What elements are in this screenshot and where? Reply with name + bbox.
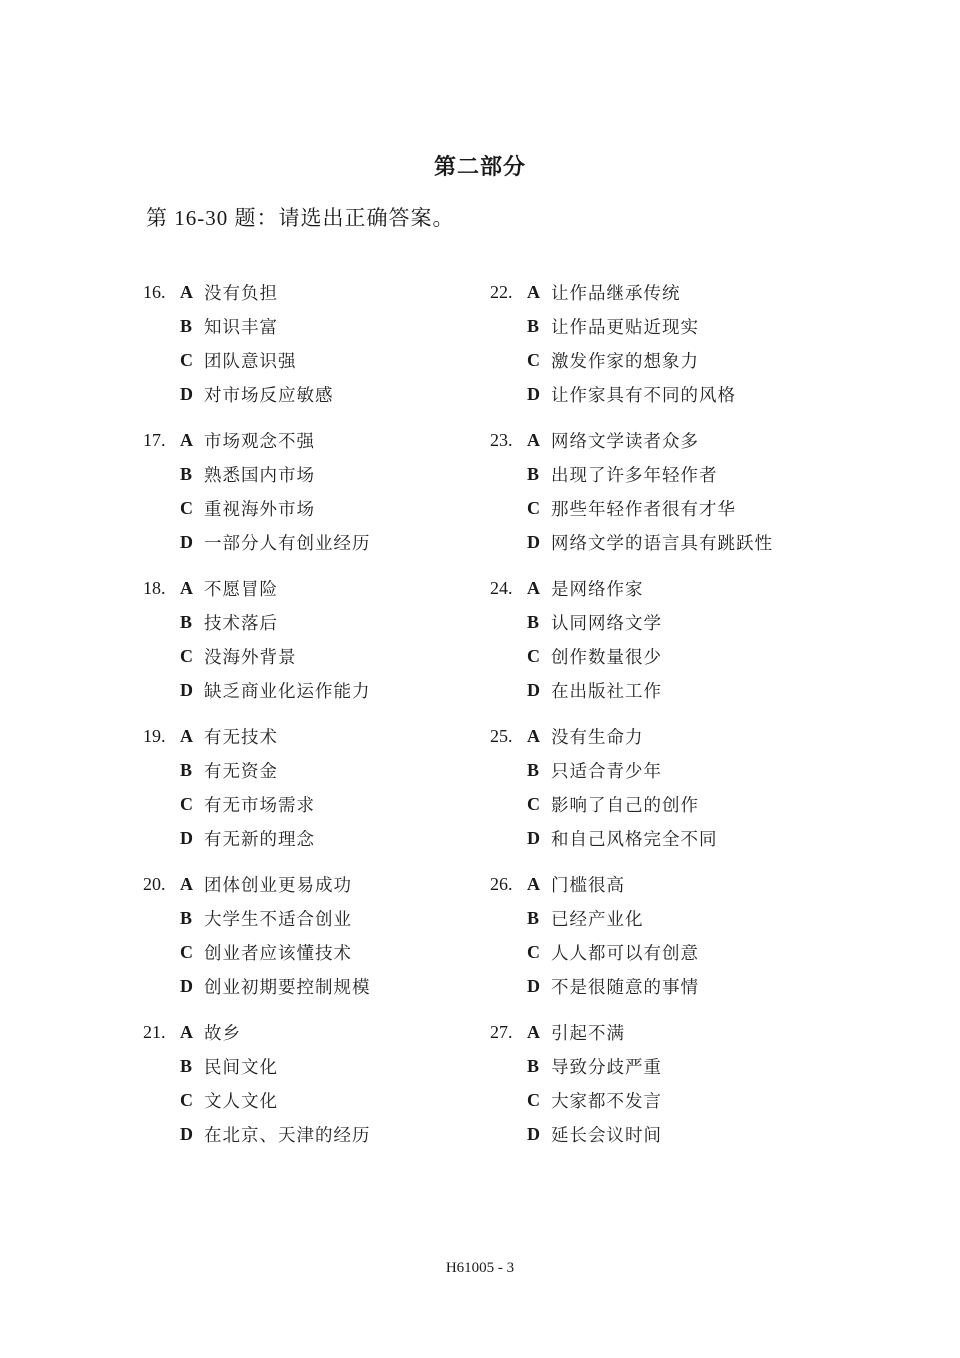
option-text: 有无市场需求: [204, 792, 315, 817]
option-letter: B: [527, 612, 551, 633]
option-text: 只适合青少年: [551, 758, 662, 783]
option-text: 不愿冒险: [204, 576, 278, 601]
question-block: 22.A让作品继承传统B让作品更贴近现实C激发作家的想象力D让作家具有不同的风格: [490, 275, 773, 423]
answer-option[interactable]: D对市场反应敏感: [143, 377, 371, 411]
answer-option[interactable]: D一部分人有创业经历: [143, 525, 371, 559]
answer-option[interactable]: 21.A故乡: [143, 1015, 371, 1049]
instruction-text: 第 16-30 题：请选出正确答案。: [146, 202, 455, 232]
answer-option[interactable]: D网络文学的语言具有跳跃性: [490, 525, 773, 559]
answer-option[interactable]: B导致分歧严重: [490, 1049, 773, 1083]
option-text: 大学生不适合创业: [204, 906, 352, 931]
option-letter: B: [527, 464, 551, 485]
option-text: 和自己风格完全不同: [551, 826, 718, 851]
page-footer: H61005 - 3: [0, 1260, 960, 1277]
question-number: 16.: [143, 282, 180, 303]
answer-option[interactable]: 16.A没有负担: [143, 275, 371, 309]
option-letter: A: [180, 726, 204, 747]
answer-option[interactable]: 20.A团体创业更易成功: [143, 867, 371, 901]
answer-option[interactable]: B认同网络文学: [490, 605, 773, 639]
answer-option[interactable]: C团队意识强: [143, 343, 371, 377]
option-letter: B: [527, 316, 551, 337]
option-letter: D: [527, 1124, 551, 1145]
answer-option[interactable]: C创业者应该懂技术: [143, 935, 371, 969]
question-number: 20.: [143, 874, 180, 895]
option-letter: A: [527, 1022, 551, 1043]
question-number: 22.: [490, 282, 527, 303]
option-text: 是网络作家: [551, 576, 644, 601]
option-letter: A: [180, 430, 204, 451]
option-letter: C: [527, 942, 551, 963]
option-text: 有无技术: [204, 724, 278, 749]
option-text: 创业初期要控制规模: [204, 974, 371, 999]
option-letter: B: [527, 908, 551, 929]
answer-option[interactable]: B技术落后: [143, 605, 371, 639]
option-text: 市场观念不强: [204, 428, 315, 453]
option-letter: D: [180, 976, 204, 997]
answer-option[interactable]: B知识丰富: [143, 309, 371, 343]
answer-option[interactable]: D在出版社工作: [490, 673, 773, 707]
answer-option[interactable]: D在北京、天津的经历: [143, 1117, 371, 1151]
answer-option[interactable]: C文人文化: [143, 1083, 371, 1117]
option-text: 激发作家的想象力: [551, 348, 699, 373]
option-letter: B: [527, 1056, 551, 1077]
answer-option[interactable]: 22.A让作品继承传统: [490, 275, 773, 309]
answer-option[interactable]: D和自己风格完全不同: [490, 821, 773, 855]
option-text: 网络文学读者众多: [551, 428, 699, 453]
option-letter: C: [527, 1090, 551, 1111]
question-number: 25.: [490, 726, 527, 747]
left-question-column: 16.A没有负担B知识丰富C团队意识强D对市场反应敏感17.A市场观念不强B熟悉…: [143, 275, 371, 1163]
option-text: 让作品继承传统: [551, 280, 681, 305]
option-text: 让作品更贴近现实: [551, 314, 699, 339]
question-number: 17.: [143, 430, 180, 451]
option-text: 在北京、天津的经历: [204, 1122, 371, 1147]
option-letter: C: [527, 350, 551, 371]
question-number: 23.: [490, 430, 527, 451]
option-text: 在出版社工作: [551, 678, 662, 703]
option-letter: A: [527, 430, 551, 451]
question-block: 23.A网络文学读者众多B出现了许多年轻作者C那些年轻作者很有才华D网络文学的语…: [490, 423, 773, 571]
option-text: 缺乏商业化运作能力: [204, 678, 371, 703]
answer-option[interactable]: D创业初期要控制规模: [143, 969, 371, 1003]
option-text: 技术落后: [204, 610, 278, 635]
option-letter: B: [180, 760, 204, 781]
question-block: 16.A没有负担B知识丰富C团队意识强D对市场反应敏感: [143, 275, 371, 423]
answer-option[interactable]: D不是很随意的事情: [490, 969, 773, 1003]
option-text: 团体创业更易成功: [204, 872, 352, 897]
answer-option[interactable]: 24.A是网络作家: [490, 571, 773, 605]
answer-option[interactable]: B熟悉国内市场: [143, 457, 371, 491]
answer-option[interactable]: 18.A不愿冒险: [143, 571, 371, 605]
answer-option[interactable]: 23.A网络文学读者众多: [490, 423, 773, 457]
question-number: 21.: [143, 1022, 180, 1043]
option-text: 出现了许多年轻作者: [551, 462, 718, 487]
question-number: 27.: [490, 1022, 527, 1043]
option-letter: D: [527, 976, 551, 997]
option-letter: A: [180, 1022, 204, 1043]
answer-option[interactable]: D让作家具有不同的风格: [490, 377, 773, 411]
option-letter: C: [180, 498, 204, 519]
question-block: 17.A市场观念不强B熟悉国内市场C重视海外市场D一部分人有创业经历: [143, 423, 371, 571]
answer-option[interactable]: B大学生不适合创业: [143, 901, 371, 935]
option-letter: D: [527, 828, 551, 849]
option-letter: C: [180, 1090, 204, 1111]
option-text: 不是很随意的事情: [551, 974, 699, 999]
option-letter: D: [527, 532, 551, 553]
option-letter: A: [527, 726, 551, 747]
answer-option[interactable]: C大家都不发言: [490, 1083, 773, 1117]
option-text: 门槛很高: [551, 872, 625, 897]
question-number: 24.: [490, 578, 527, 599]
option-letter: B: [180, 1056, 204, 1077]
answer-option[interactable]: C激发作家的想象力: [490, 343, 773, 377]
option-letter: B: [180, 464, 204, 485]
option-text: 没海外背景: [204, 644, 297, 669]
question-block: 24.A是网络作家B认同网络文学C创作数量很少D在出版社工作: [490, 571, 773, 719]
answer-option[interactable]: C影响了自己的创作: [490, 787, 773, 821]
option-text: 熟悉国内市场: [204, 462, 315, 487]
option-text: 认同网络文学: [551, 610, 662, 635]
question-block: 18.A不愿冒险B技术落后C没海外背景D缺乏商业化运作能力: [143, 571, 371, 719]
option-letter: B: [180, 908, 204, 929]
option-text: 网络文学的语言具有跳跃性: [551, 530, 773, 555]
option-text: 没有生命力: [551, 724, 644, 749]
option-letter: C: [180, 942, 204, 963]
option-letter: D: [180, 384, 204, 405]
option-text: 重视海外市场: [204, 496, 315, 521]
question-block: 25.A没有生命力B只适合青少年C影响了自己的创作D和自己风格完全不同: [490, 719, 773, 867]
option-text: 延长会议时间: [551, 1122, 662, 1147]
question-number: 19.: [143, 726, 180, 747]
option-text: 知识丰富: [204, 314, 278, 339]
option-letter: C: [527, 794, 551, 815]
option-text: 故乡: [204, 1020, 241, 1045]
right-question-column: 22.A让作品继承传统B让作品更贴近现实C激发作家的想象力D让作家具有不同的风格…: [490, 275, 773, 1163]
answer-option[interactable]: 25.A没有生命力: [490, 719, 773, 753]
option-letter: B: [527, 760, 551, 781]
option-text: 团队意识强: [204, 348, 297, 373]
answer-option[interactable]: C没海外背景: [143, 639, 371, 673]
option-text: 那些年轻作者很有才华: [551, 496, 736, 521]
option-letter: D: [180, 680, 204, 701]
option-letter: A: [180, 578, 204, 599]
answer-option[interactable]: D有无新的理念: [143, 821, 371, 855]
option-letter: D: [527, 384, 551, 405]
answer-option[interactable]: C人人都可以有创意: [490, 935, 773, 969]
option-letter: B: [180, 316, 204, 337]
option-text: 文人文化: [204, 1088, 278, 1113]
answer-option[interactable]: C重视海外市场: [143, 491, 371, 525]
answer-option[interactable]: C有无市场需求: [143, 787, 371, 821]
option-letter: A: [527, 578, 551, 599]
option-text: 民间文化: [204, 1054, 278, 1079]
option-text: 人人都可以有创意: [551, 940, 699, 965]
answer-option[interactable]: B只适合青少年: [490, 753, 773, 787]
question-block: 26.A门槛很高B已经产业化C人人都可以有创意D不是很随意的事情: [490, 867, 773, 1015]
option-text: 没有负担: [204, 280, 278, 305]
question-block: 27.A引起不满B导致分歧严重C大家都不发言D延长会议时间: [490, 1015, 773, 1163]
option-text: 让作家具有不同的风格: [551, 382, 736, 407]
answer-option[interactable]: 19.A有无技术: [143, 719, 371, 753]
option-letter: C: [180, 646, 204, 667]
option-text: 有无资金: [204, 758, 278, 783]
option-letter: B: [180, 612, 204, 633]
option-text: 创业者应该懂技术: [204, 940, 352, 965]
option-text: 一部分人有创业经历: [204, 530, 371, 555]
question-block: 19.A有无技术B有无资金C有无市场需求D有无新的理念: [143, 719, 371, 867]
option-letter: D: [527, 680, 551, 701]
option-text: 大家都不发言: [551, 1088, 662, 1113]
answer-option[interactable]: B有无资金: [143, 753, 371, 787]
answer-option[interactable]: C那些年轻作者很有才华: [490, 491, 773, 525]
answer-option[interactable]: 26.A门槛很高: [490, 867, 773, 901]
answer-option[interactable]: B民间文化: [143, 1049, 371, 1083]
question-block: 21.A故乡B民间文化C文人文化D在北京、天津的经历: [143, 1015, 371, 1163]
option-letter: D: [180, 532, 204, 553]
option-letter: A: [527, 282, 551, 303]
answer-option[interactable]: D延长会议时间: [490, 1117, 773, 1151]
option-letter: D: [180, 828, 204, 849]
answer-option[interactable]: B出现了许多年轻作者: [490, 457, 773, 491]
answer-option[interactable]: B已经产业化: [490, 901, 773, 935]
answer-option[interactable]: D缺乏商业化运作能力: [143, 673, 371, 707]
answer-option[interactable]: C创作数量很少: [490, 639, 773, 673]
option-text: 创作数量很少: [551, 644, 662, 669]
option-letter: C: [180, 350, 204, 371]
option-letter: C: [180, 794, 204, 815]
option-letter: A: [180, 282, 204, 303]
question-number: 26.: [490, 874, 527, 895]
option-letter: C: [527, 646, 551, 667]
option-text: 已经产业化: [551, 906, 644, 931]
option-letter: A: [527, 874, 551, 895]
option-letter: D: [180, 1124, 204, 1145]
question-block: 20.A团体创业更易成功B大学生不适合创业C创业者应该懂技术D创业初期要控制规模: [143, 867, 371, 1015]
answer-option[interactable]: 17.A市场观念不强: [143, 423, 371, 457]
option-text: 有无新的理念: [204, 826, 315, 851]
option-text: 引起不满: [551, 1020, 625, 1045]
option-text: 导致分歧严重: [551, 1054, 662, 1079]
question-number: 18.: [143, 578, 180, 599]
option-letter: A: [180, 874, 204, 895]
option-letter: C: [527, 498, 551, 519]
option-text: 对市场反应敏感: [204, 382, 334, 407]
option-text: 影响了自己的创作: [551, 792, 699, 817]
answer-option[interactable]: 27.A引起不满: [490, 1015, 773, 1049]
answer-option[interactable]: B让作品更贴近现实: [490, 309, 773, 343]
page-title: 第二部分: [0, 150, 960, 181]
